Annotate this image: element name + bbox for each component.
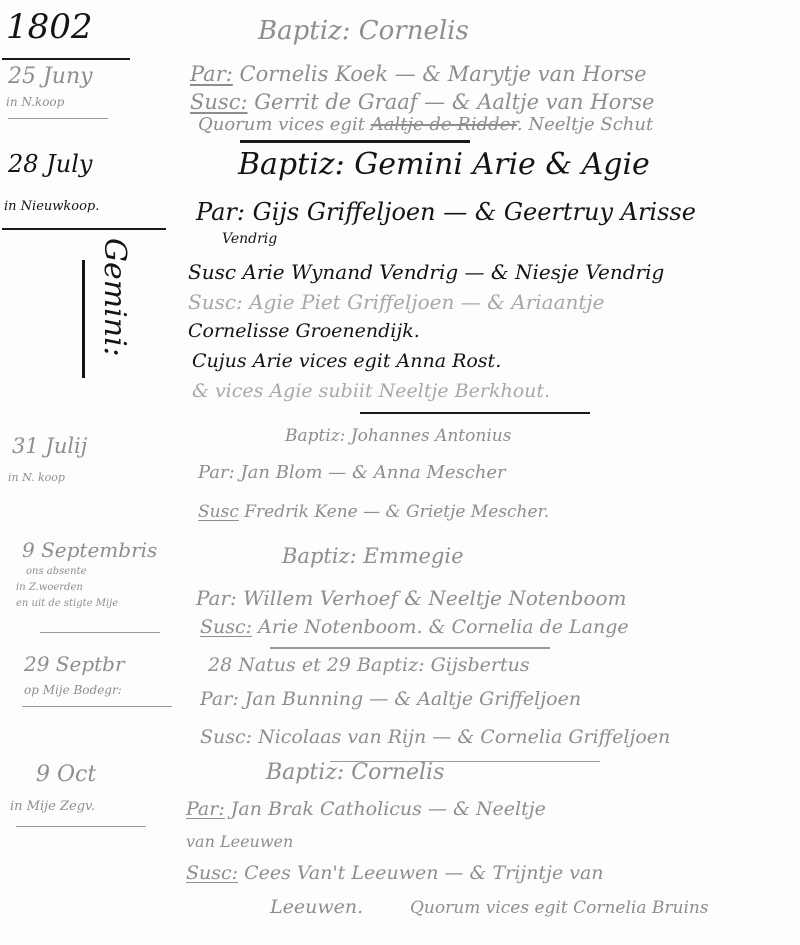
- entry-place: in N.koop: [6, 96, 64, 108]
- parents-line: Par: Jan Bunning — & Aaltje Griffeljoen: [200, 690, 581, 709]
- divider: [240, 140, 470, 143]
- entry-heading: Baptiz: Cornelis: [258, 18, 469, 44]
- sponsors-names: Arie Wynand Vendrig — & Niesje Vendrig: [242, 260, 664, 284]
- parents-label: Par:: [200, 688, 239, 710]
- parents-names: Jan Brak Catholicus — & Neeltje: [231, 798, 546, 820]
- divider: [2, 228, 166, 230]
- entry-date: 28 July: [8, 152, 92, 176]
- sponsors-names: Fredrik Kene — & Grietje Mescher.: [244, 502, 549, 522]
- parents-label: Par:: [196, 198, 245, 226]
- parents-line: Par: Willem Verhoef & Neeltje Notenboom: [196, 588, 627, 608]
- parents-names: Jan Bunning — & Aaltje Griffeljoen: [245, 688, 581, 710]
- sponsors-names: Nicolaas van Rijn — & Cornelia Griffeljo…: [258, 726, 670, 748]
- entry-place: in N. koop: [8, 472, 65, 483]
- sponsors-line: Susc: Cees Van't Leeuwen — & Trijntje va…: [186, 864, 604, 883]
- sponsors-names: Cees Van't Leeuwen — & Trijntje van: [244, 862, 603, 884]
- margin-bar: [82, 260, 85, 378]
- sponsors-line: Susc Arie Wynand Vendrig — & Niesje Vend…: [188, 262, 664, 282]
- sponsors-label: Susc:: [200, 616, 252, 638]
- parents-label: Par:: [196, 586, 237, 610]
- entry-date: 25 Juny: [8, 66, 93, 88]
- divider: [2, 58, 130, 60]
- entry-place: in Mije Zegv.: [10, 800, 95, 813]
- divider: [360, 412, 590, 414]
- sponsors2-names: Agie Piet Griffeljoen — & Ariaantje: [249, 290, 604, 314]
- entry-place: op Mije Bodegr:: [24, 684, 122, 696]
- sponsors2-line: Susc: Agie Piet Griffeljoen — & Ariaantj…: [188, 292, 604, 312]
- sponsors-line: Susc: Arie Notenboom. & Cornelia de Lang…: [200, 618, 629, 637]
- entry-heading: Baptiz: Emmegie: [282, 546, 464, 567]
- note-line: Quorum vices egit Aaltje de Ridder. Neel…: [198, 116, 653, 134]
- note-line-1: Cujus Arie vices egit Anna Rost.: [192, 352, 501, 371]
- parents-line: Par: Cornelis Koek — & Marytje van Horse: [190, 64, 647, 85]
- parents-line: Par: Jan Brak Catholicus — & Neeltje: [186, 800, 546, 819]
- entry-date: 31 Julij: [12, 436, 87, 457]
- sponsors-line: Susc Fredrik Kene — & Grietje Mescher.: [198, 504, 549, 521]
- divider: [22, 706, 172, 707]
- entry-heading: Baptiz: Johannes Antonius: [285, 428, 511, 445]
- entry-date: 9 Oct: [36, 764, 96, 786]
- parents-label: Par:: [198, 462, 235, 483]
- entry-heading: Baptiz: Cornelis: [266, 762, 444, 784]
- note-prefix: Quorum vices egit: [198, 114, 365, 135]
- sponsors-line: Susc: Nicolaas van Rijn — & Cornelia Gri…: [200, 728, 670, 747]
- parents-continuation: Vendrig: [222, 232, 277, 246]
- divider: [8, 118, 108, 119]
- sponsors-label: Susc: [188, 260, 236, 284]
- entry-place-line-3: en uit de stigte Mije: [16, 599, 118, 609]
- divider: [40, 632, 160, 633]
- entry-date: 9 Septembris: [22, 540, 157, 560]
- sponsors-label: Susc:: [200, 726, 252, 748]
- note-suffix: . Neeltje Schut: [517, 114, 653, 135]
- parents-names: Willem Verhoef & Neeltje Notenboom: [243, 586, 626, 610]
- parents-continuation: van Leeuwen: [186, 834, 293, 850]
- note-line-2: & vices Agie subiit Neeltje Berkhout.: [192, 382, 550, 401]
- register-year: 1802: [6, 10, 93, 44]
- entry-heading: 28 Natus et 29 Baptiz: Gijsbertus: [208, 656, 530, 675]
- parents-line: Par: Jan Blom — & Anna Mescher: [198, 464, 506, 482]
- parents-names: Cornelis Koek — & Marytje van Horse: [240, 62, 647, 86]
- parents-label: Par:: [186, 798, 225, 820]
- divider: [16, 826, 146, 827]
- register-page: 1802 25 Juny in N.koop Baptiz: Cornelis …: [0, 0, 800, 945]
- sponsors-label: Susc: [198, 502, 239, 522]
- sponsors-continuation: Leeuwen.: [270, 898, 363, 917]
- note-struck-name: Aaltje de Ridder: [371, 114, 517, 135]
- entry-place-line-2: in Z.woerden: [16, 583, 83, 593]
- sponsors-line: Susc: Gerrit de Graaf — & Aaltje van Hor…: [190, 92, 654, 113]
- margin-note-gemini: Gemini:: [97, 238, 132, 357]
- entry-heading: Baptiz: Gemini Arie & Agie: [238, 150, 650, 180]
- sponsors2-label: Susc:: [188, 290, 243, 314]
- sponsors-label: Susc:: [190, 90, 248, 114]
- parents-label: Par:: [190, 62, 233, 86]
- parents-names: Jan Blom — & Anna Mescher: [240, 462, 505, 483]
- sponsors-label: Susc:: [186, 862, 238, 884]
- entry-place: in Nieuwkoop.: [4, 200, 99, 213]
- entry-date: 29 Septbr: [24, 654, 125, 674]
- note-line: Quorum vices egit Cornelia Bruins: [410, 900, 709, 917]
- sponsors-names: Gerrit de Graaf — & Aaltje van Horse: [254, 90, 654, 114]
- parents-line: Par: Gijs Griffeljoen — & Geertruy Ariss…: [196, 200, 696, 224]
- entry-place-line-1: ons absente: [26, 567, 87, 577]
- divider: [270, 647, 550, 649]
- sponsors-names: Arie Notenboom. & Cornelia de Lange: [258, 616, 629, 638]
- parents-names: Gijs Griffeljoen — & Geertruy Arisse: [253, 198, 696, 226]
- sponsors2-continuation: Cornelisse Groenendijk.: [188, 322, 420, 341]
